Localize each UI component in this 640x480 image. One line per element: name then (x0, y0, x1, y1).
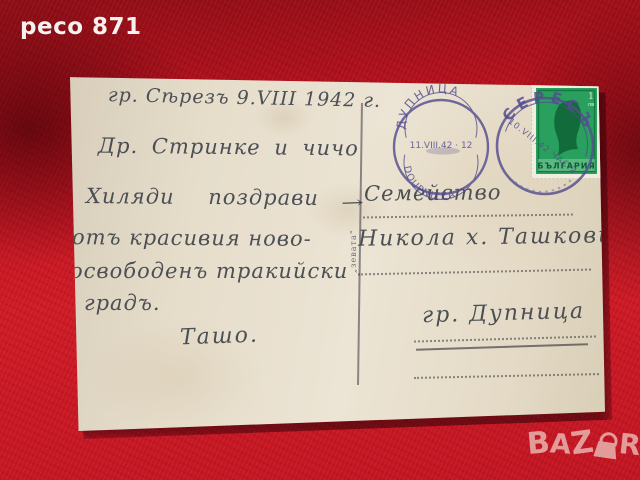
handwritten-underline (416, 343, 588, 350)
svg-text:1: 1 (588, 92, 594, 102)
postcard-back: гр. Сѣрезъ 9.VIII 1942 г. Др. Стринке и … (70, 75, 605, 431)
postage-stamp: 1 лв БЪЛГАРИЯ (531, 83, 602, 179)
address-dotted-line (358, 269, 591, 276)
logo-letter: A (549, 430, 572, 458)
address-dotted-line (414, 335, 596, 342)
svg-text:лв: лв (588, 102, 595, 108)
seller-watermark: peco 871 (20, 14, 142, 40)
message-line: отъ красивия ново- (72, 225, 312, 251)
message-arrow-mark: → (340, 193, 367, 213)
address-city-line: гр. Дупница (422, 299, 586, 329)
logo-letter: Z (569, 427, 596, 461)
message-date-line: гр. Сѣрезъ 9.VIII 1942 г. (108, 84, 381, 112)
logo-letter: R (618, 430, 640, 460)
message-line: Хиляди поздрави (86, 184, 319, 210)
message-line: градъ. (84, 291, 161, 315)
postmark-date-dupnitsa: 11.VIII.42 · 12 (410, 141, 473, 151)
address-dotted-line (363, 214, 573, 219)
address-name-line: Никола х. Ташкови (358, 223, 615, 252)
message-salutation: Др. Стринке и чичо (98, 134, 359, 161)
paper-brand-mark: „зевата“ (349, 229, 358, 273)
bazar-logo: B A Z R (527, 428, 640, 459)
svg-text:ДУПНИЦА: ДУПНИЦА (394, 81, 463, 130)
logo-letter: B (526, 428, 551, 460)
message-line: освободенъ тракийски (70, 259, 348, 283)
photo-of-postcard: гр. Сѣрезъ 9.VIII 1942 г. Др. Стринке и … (0, 0, 640, 480)
address-family-line: Семейство (364, 180, 502, 205)
shopping-bag-icon (594, 431, 620, 460)
svg-text:БЪЛГАРИЯ: БЪЛГАРИЯ (537, 162, 595, 171)
address-dotted-line (414, 373, 599, 379)
postmark-city-dupnitsa: ДУПНИЦА (394, 81, 463, 130)
postmarks-overlay: ДУПНИЦА DOUPNITZA 11.VIII.42 · 12 СЕРЕСЪ… (70, 75, 605, 431)
signature: Ташо. (180, 323, 260, 351)
